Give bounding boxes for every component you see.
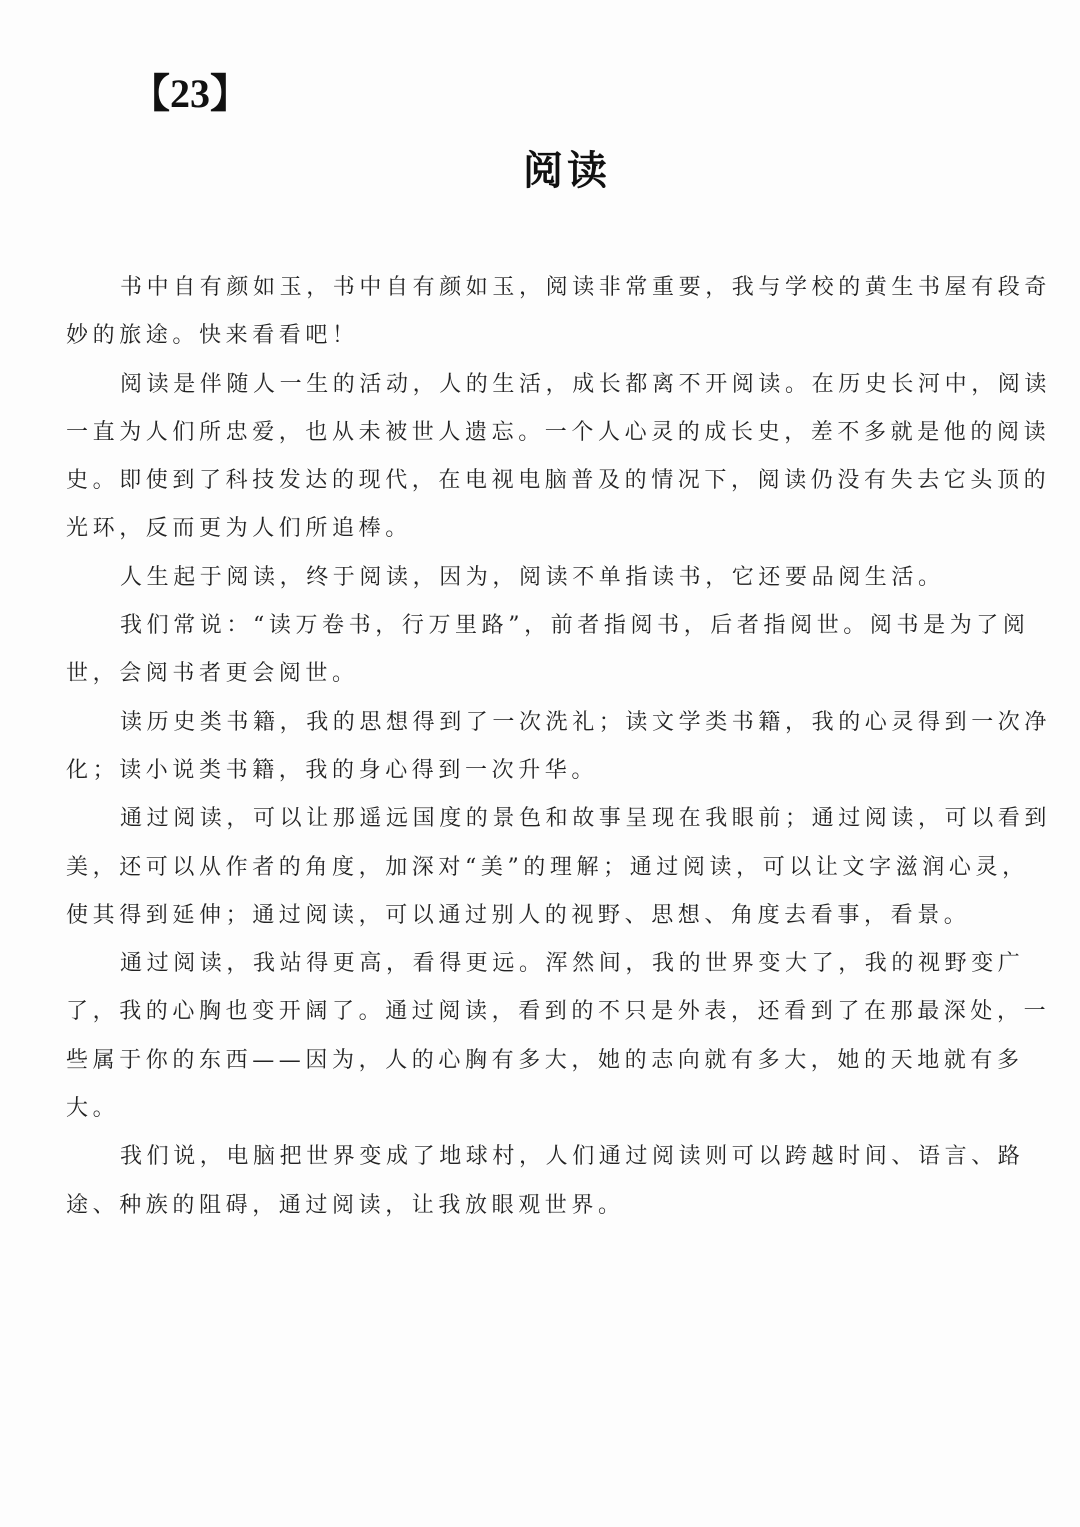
paragraph: 通过阅读，可以让那遥远国度的景色和故事呈现在我眼前；通过阅读，可以看到 美，还可… [66, 799, 1016, 944]
text-line: 光环，反而更为人们所追棒。 [66, 509, 1016, 557]
essay-title: 阅读 [0, 143, 1080, 199]
text-line: 世，会阅书者更会阅世。 [66, 654, 1016, 702]
text-line: 美，还可以从作者的角度，加深对“美”的理解；通过阅读，可以让文字滋润心灵， [66, 848, 1016, 896]
text-line: 书中自有颜如玉，书中自有颜如玉，阅读非常重要，我与学校的黄生书屋有段奇 [66, 268, 1016, 316]
text-line: 读历史类书籍，我的思想得到了一次洗礼；读文学类书籍，我的心灵得到一次净 [66, 703, 1016, 751]
text-line: 阅读是伴随人一生的活动，人的生活，成长都离不开阅读。在历史长河中，阅读 [66, 365, 1016, 413]
text-line: 通过阅读，可以让那遥远国度的景色和故事呈现在我眼前；通过阅读，可以看到 [66, 799, 1016, 847]
text-line: 大。 [66, 1089, 1016, 1137]
paragraph: 我们说，电脑把世界变成了地球村，人们通过阅读则可以跨越时间、语言、路 途、种族的… [66, 1137, 1016, 1234]
paragraph: 人生起于阅读，终于阅读，因为，阅读不单指读书，它还要品阅生活。 [66, 558, 1016, 606]
paragraph: 通过阅读，我站得更高，看得更远。浑然间，我的世界变大了，我的视野变广 了，我的心… [66, 944, 1016, 1137]
text-line: 我们常说：“读万卷书，行万里路”，前者指阅书，后者指阅世。阅书是为了阅 [66, 606, 1016, 654]
text-line: 我们说，电脑把世界变成了地球村，人们通过阅读则可以跨越时间、语言、路 [66, 1137, 1016, 1185]
text-line: 史。即使到了科技发达的现代，在电视电脑普及的情况下，阅读仍没有失去它头顶的 [66, 461, 1016, 509]
text-line: 化；读小说类书籍，我的身心得到一次升华。 [66, 751, 1016, 799]
text-line: 途、种族的阻碍，通过阅读，让我放眼观世界。 [66, 1186, 1016, 1234]
paragraph: 我们常说：“读万卷书，行万里路”，前者指阅书，后者指阅世。阅书是为了阅 世，会阅… [66, 606, 1016, 703]
text-line: 一直为人们所忠爱，也从未被世人遗忘。一个人心灵的成长史，差不多就是他的阅读 [66, 413, 1016, 461]
text-line: 人生起于阅读，终于阅读，因为，阅读不单指读书，它还要品阅生活。 [66, 558, 1016, 606]
text-line: 了，我的心胸也变开阔了。通过阅读，看到的不只是外表，还看到了在那最深处，一 [66, 992, 1016, 1040]
essay-number: 【23】 [130, 70, 250, 118]
essay-body: 书中自有颜如玉，书中自有颜如玉，阅读非常重要，我与学校的黄生书屋有段奇 妙的旅途… [66, 268, 1016, 1234]
text-line: 妙的旅途。快来看看吧！ [66, 316, 1016, 364]
paragraph: 书中自有颜如玉，书中自有颜如玉，阅读非常重要，我与学校的黄生书屋有段奇 妙的旅途… [66, 268, 1016, 365]
paragraph: 阅读是伴随人一生的活动，人的生活，成长都离不开阅读。在历史长河中，阅读 一直为人… [66, 365, 1016, 558]
text-line: 使其得到延伸；通过阅读，可以通过别人的视野、思想、角度去看事，看景。 [66, 896, 1016, 944]
document-page: 【23】 阅读 书中自有颜如玉，书中自有颜如玉，阅读非常重要，我与学校的黄生书屋… [0, 0, 1080, 1527]
text-line: 些属于你的东西——因为，人的心胸有多大，她的志向就有多大，她的天地就有多 [66, 1041, 1016, 1089]
text-line: 通过阅读，我站得更高，看得更远。浑然间，我的世界变大了，我的视野变广 [66, 944, 1016, 992]
paragraph: 读历史类书籍，我的思想得到了一次洗礼；读文学类书籍，我的心灵得到一次净 化；读小… [66, 703, 1016, 800]
